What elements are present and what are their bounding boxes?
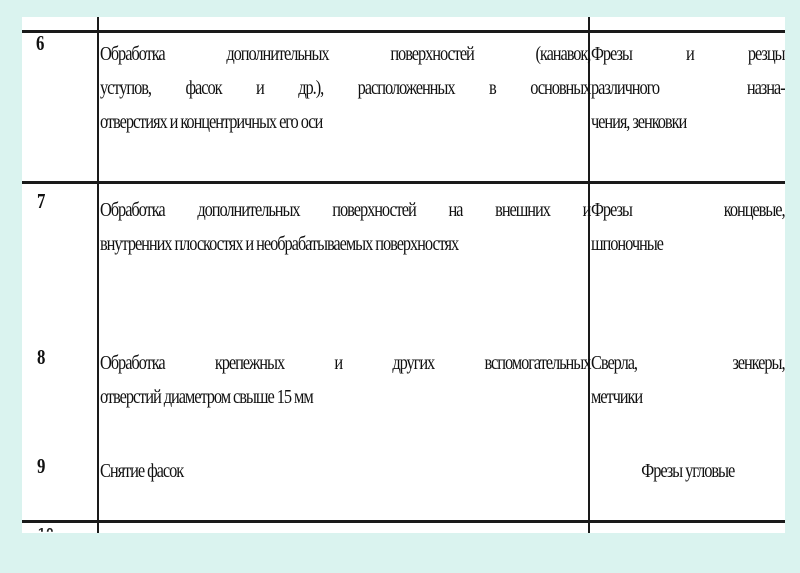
word: зенкеры, bbox=[732, 346, 784, 380]
row-number: 7 bbox=[37, 189, 45, 214]
word: крепежных bbox=[215, 346, 284, 380]
text-line: отверстий диаметром свыше 15 мм bbox=[100, 380, 590, 414]
row-number: 6 bbox=[36, 31, 44, 56]
word: назна- bbox=[747, 71, 785, 105]
word: внешних bbox=[495, 193, 550, 227]
operation-cell: Снятие фасок bbox=[100, 454, 590, 488]
word: Сверла, bbox=[591, 346, 637, 380]
word: Фрезы bbox=[591, 193, 632, 227]
word: дополнительных bbox=[197, 193, 299, 227]
text-line: различногоназна- bbox=[591, 71, 785, 105]
word: концевые, bbox=[724, 193, 785, 227]
operation-cell: Обработкакрепежныхидругихвспомогательных… bbox=[100, 346, 590, 414]
word: фасок bbox=[185, 71, 221, 105]
tool-cell: Фрезыконцевые,шпоночные bbox=[591, 193, 785, 261]
word: в bbox=[489, 71, 496, 105]
text-line: уступов,фасокидр.),расположенныхвосновны… bbox=[100, 71, 590, 105]
tool-cell: Сверла,зенкеры,метчики bbox=[591, 346, 785, 414]
row-divider-6-7 bbox=[22, 181, 785, 184]
word: Обработка bbox=[100, 37, 165, 71]
row-number-partial: 10 bbox=[38, 525, 54, 533]
text-line: Сверла,зенкеры, bbox=[591, 346, 785, 380]
word: различного bbox=[591, 71, 659, 105]
word: и bbox=[256, 71, 264, 105]
word: резцы bbox=[748, 37, 785, 71]
text-line: Фрезыирезцы bbox=[591, 37, 785, 71]
text-line: внутренних плоскостях и необрабатываемых… bbox=[100, 227, 590, 261]
word: др.), bbox=[298, 71, 323, 105]
text-line: Снятие фасок bbox=[100, 454, 590, 488]
word: и bbox=[583, 193, 591, 227]
word: уступов, bbox=[100, 71, 151, 105]
table-top-border bbox=[22, 30, 785, 33]
text-line: Фрезы угловые bbox=[591, 454, 785, 488]
word: вспомогательных bbox=[484, 346, 590, 380]
word: на bbox=[448, 193, 462, 227]
word: дополнительных bbox=[226, 37, 328, 71]
text-line: Обработкадополнительныхповерхностей(кана… bbox=[100, 37, 590, 71]
text-line: Обработкадополнительныхповерхностейнавне… bbox=[100, 193, 590, 227]
word: поверхностей bbox=[390, 37, 473, 71]
word: расположенных bbox=[358, 71, 455, 105]
operation-cell: Обработкадополнительныхповерхностейнавне… bbox=[100, 193, 590, 261]
word: поверхностей bbox=[332, 193, 415, 227]
word: Обработка bbox=[100, 346, 165, 380]
row-number: 8 bbox=[37, 345, 45, 370]
word: Фрезы bbox=[591, 37, 632, 71]
operation-cell: Обработкадополнительныхповерхностей(кана… bbox=[100, 37, 590, 139]
tool-cell: Фрезыирезцыразличногоназна-чения, зенков… bbox=[591, 37, 785, 139]
word: и bbox=[334, 346, 342, 380]
text-line: шпоночные bbox=[591, 227, 785, 261]
row-number: 9 bbox=[37, 454, 45, 479]
text-line: чения, зенковки bbox=[591, 105, 785, 139]
text-line: отверстиях и концентричных его оси bbox=[100, 105, 590, 139]
column-divider-number bbox=[97, 17, 99, 533]
text-line: метчики bbox=[591, 380, 785, 414]
word: Обработка bbox=[100, 193, 165, 227]
tool-cell: Фрезы угловые bbox=[591, 454, 785, 488]
word: и bbox=[686, 37, 694, 71]
row-divider-9-10 bbox=[22, 520, 785, 523]
word: других bbox=[392, 346, 434, 380]
document-page: 6 Обработкадополнительныхповерхностей(ка… bbox=[22, 17, 785, 533]
word: (канавок, bbox=[536, 37, 591, 71]
text-line: Фрезыконцевые, bbox=[591, 193, 785, 227]
word: основных bbox=[530, 71, 590, 105]
text-line: Обработкакрепежныхидругихвспомогательных bbox=[100, 346, 590, 380]
